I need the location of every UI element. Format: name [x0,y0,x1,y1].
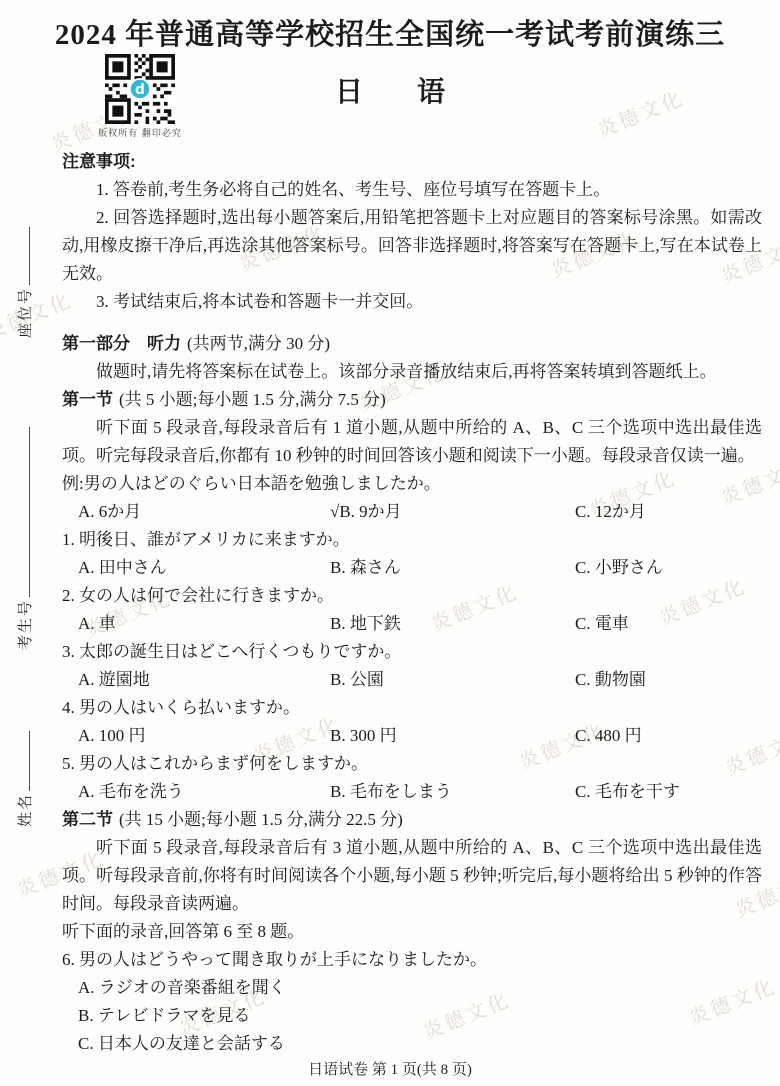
part1-heading-bold: 第一部分 听力 [62,334,181,353]
question-6-option-b: B. テレビドラマを見る [62,1002,762,1030]
question-6-option-a: A. ラジオの音楽番組を聞く [62,974,762,1002]
question-5-option-b: B. 毛布をしまう [330,778,575,806]
question-4-option-a: A. 100 円 [78,722,330,750]
notice-item-1: 1. 答卷前,考生务必将自己的姓名、考生号、座位号填写在答题卡上。 [62,176,762,204]
page-title: 2024 年普通高等学校招生全国统一考试考前演练三 [0,12,780,53]
content: 注意事项: 1. 答卷前,考生务必将自己的姓名、考生号、座位号填写在答题卡上。 … [62,148,762,1058]
subject-title: 日语 [0,70,780,110]
question-2-option-c: C. 電車 [575,610,762,638]
name-blank [14,731,30,791]
notice-heading: 注意事项: [62,148,762,176]
exam-paper-page: 炎德文化 炎德文化 炎德文化 炎德文化 炎德文化 炎德文化 炎德文化 炎德文化 … [0,0,780,1086]
question-4-option-b: B. 300 円 [330,722,575,750]
question-5-options: A. 毛布を洗う B. 毛布をしまう C. 毛布を干す [62,778,762,806]
question-3-options: A. 遊園地 B. 公園 C. 動物園 [62,666,762,694]
section2-heading: 第二节(共 15 小题;每小题 1.5 分,满分 22.5 分) [62,806,762,834]
question-6-stem: 6. 男の人はどうやって聞き取りが上手になりましたか。 [62,946,762,974]
example-options: A. 6か月 √B. 9か月 C. 12か月 [62,498,762,526]
section2-heading-bold: 第二节 [62,810,113,829]
candidate-number-label: 考生号 [18,599,34,650]
question-1-option-b: B. 森さん [330,554,575,582]
question-1-option-c: C. 小野さん [575,554,762,582]
example-option-b: √B. 9か月 [330,498,575,526]
side-field-candidate-number: 考生号 [14,427,35,650]
section1-heading: 第一节(共 5 小题;每小题 1.5 分,满分 7.5 分) [62,386,762,414]
example-option-c: C. 12か月 [575,498,762,526]
question-5-option-c: C. 毛布を干す [575,778,762,806]
notice-item-2: 2. 回答选择题时,选出每小题答案后,用铅笔把答题卡上对应题目的答案标号涂黑。如… [62,204,762,288]
section2-instructions: 听下面 5 段录音,每段录音后有 3 道小题,从题中所给的 A、B、C 三个选项… [62,834,762,918]
question-4-options: A. 100 円 B. 300 円 C. 480 円 [62,722,762,750]
question-4-stem: 4. 男の人はいくら払いますか。 [62,694,762,722]
side-field-seat-number: 座位号 [14,227,35,338]
page-footer: 日语试卷 第 1 页(共 8 页) [0,1058,780,1079]
question-3-option-b: B. 公園 [330,666,575,694]
question-5-stem: 5. 男の人はこれからまず何をしますか。 [62,750,762,778]
seat-number-label: 座位号 [18,287,34,338]
question-6-option-c: C. 日本人の友達と会話する [62,1030,762,1058]
question-5-option-a: A. 毛布を洗う [78,778,330,806]
question-1-option-a: A. 田中さん [78,554,330,582]
section1-heading-rest: (共 5 小题;每小题 1.5 分,满分 7.5 分) [119,390,386,409]
section1-instructions: 听下面 5 段录音,每段录音后有 1 道小题,从题中所给的 A、B、C 三个选项… [62,414,762,470]
example-stem: 例:男の人はどのぐらい日本語を勉強しましたか。 [62,470,762,498]
question-3-option-c: C. 動物園 [575,666,762,694]
side-field-name: 姓名 [14,731,35,827]
question-1-stem: 1. 明後日、誰がアメリカに来ますか。 [62,526,762,554]
part1-heading-rest: (共两节,满分 30 分) [187,334,330,353]
qr-caption: 版权所有 翻印必究 [96,126,184,139]
question-2-option-a: A. 車 [78,610,330,638]
question-3-stem: 3. 太郎の誕生日はどこへ行くつもりですか。 [62,638,762,666]
passage-intro: 听下面的录音,回答第 6 至 8 题。 [62,918,762,946]
notice-item-3: 3. 考试结束后,将本试卷和答题卡一并交回。 [62,288,762,316]
seat-number-blank [14,227,30,285]
part1-note: 做题时,请先将答案标在试卷上。该部分录音播放结束后,再将答案转填到答题纸上。 [62,358,762,386]
name-label: 姓名 [18,793,34,827]
candidate-number-blank [14,427,30,597]
question-2-options: A. 車 B. 地下鉄 C. 電車 [62,610,762,638]
question-1-options: A. 田中さん B. 森さん C. 小野さん [62,554,762,582]
question-4-option-c: C. 480 円 [575,722,762,750]
section2-heading-rest: (共 15 小题;每小题 1.5 分,满分 22.5 分) [119,810,403,829]
subject-char-left: 日 [335,77,363,108]
part1-heading: 第一部分 听力(共两节,满分 30 分) [62,330,762,358]
subject-char-right: 语 [417,77,445,108]
section1-heading-bold: 第一节 [62,390,113,409]
question-3-option-a: A. 遊園地 [78,666,330,694]
question-2-stem: 2. 女の人は何で会社に行きますか。 [62,582,762,610]
example-option-a: A. 6か月 [78,498,330,526]
question-2-option-b: B. 地下鉄 [330,610,575,638]
